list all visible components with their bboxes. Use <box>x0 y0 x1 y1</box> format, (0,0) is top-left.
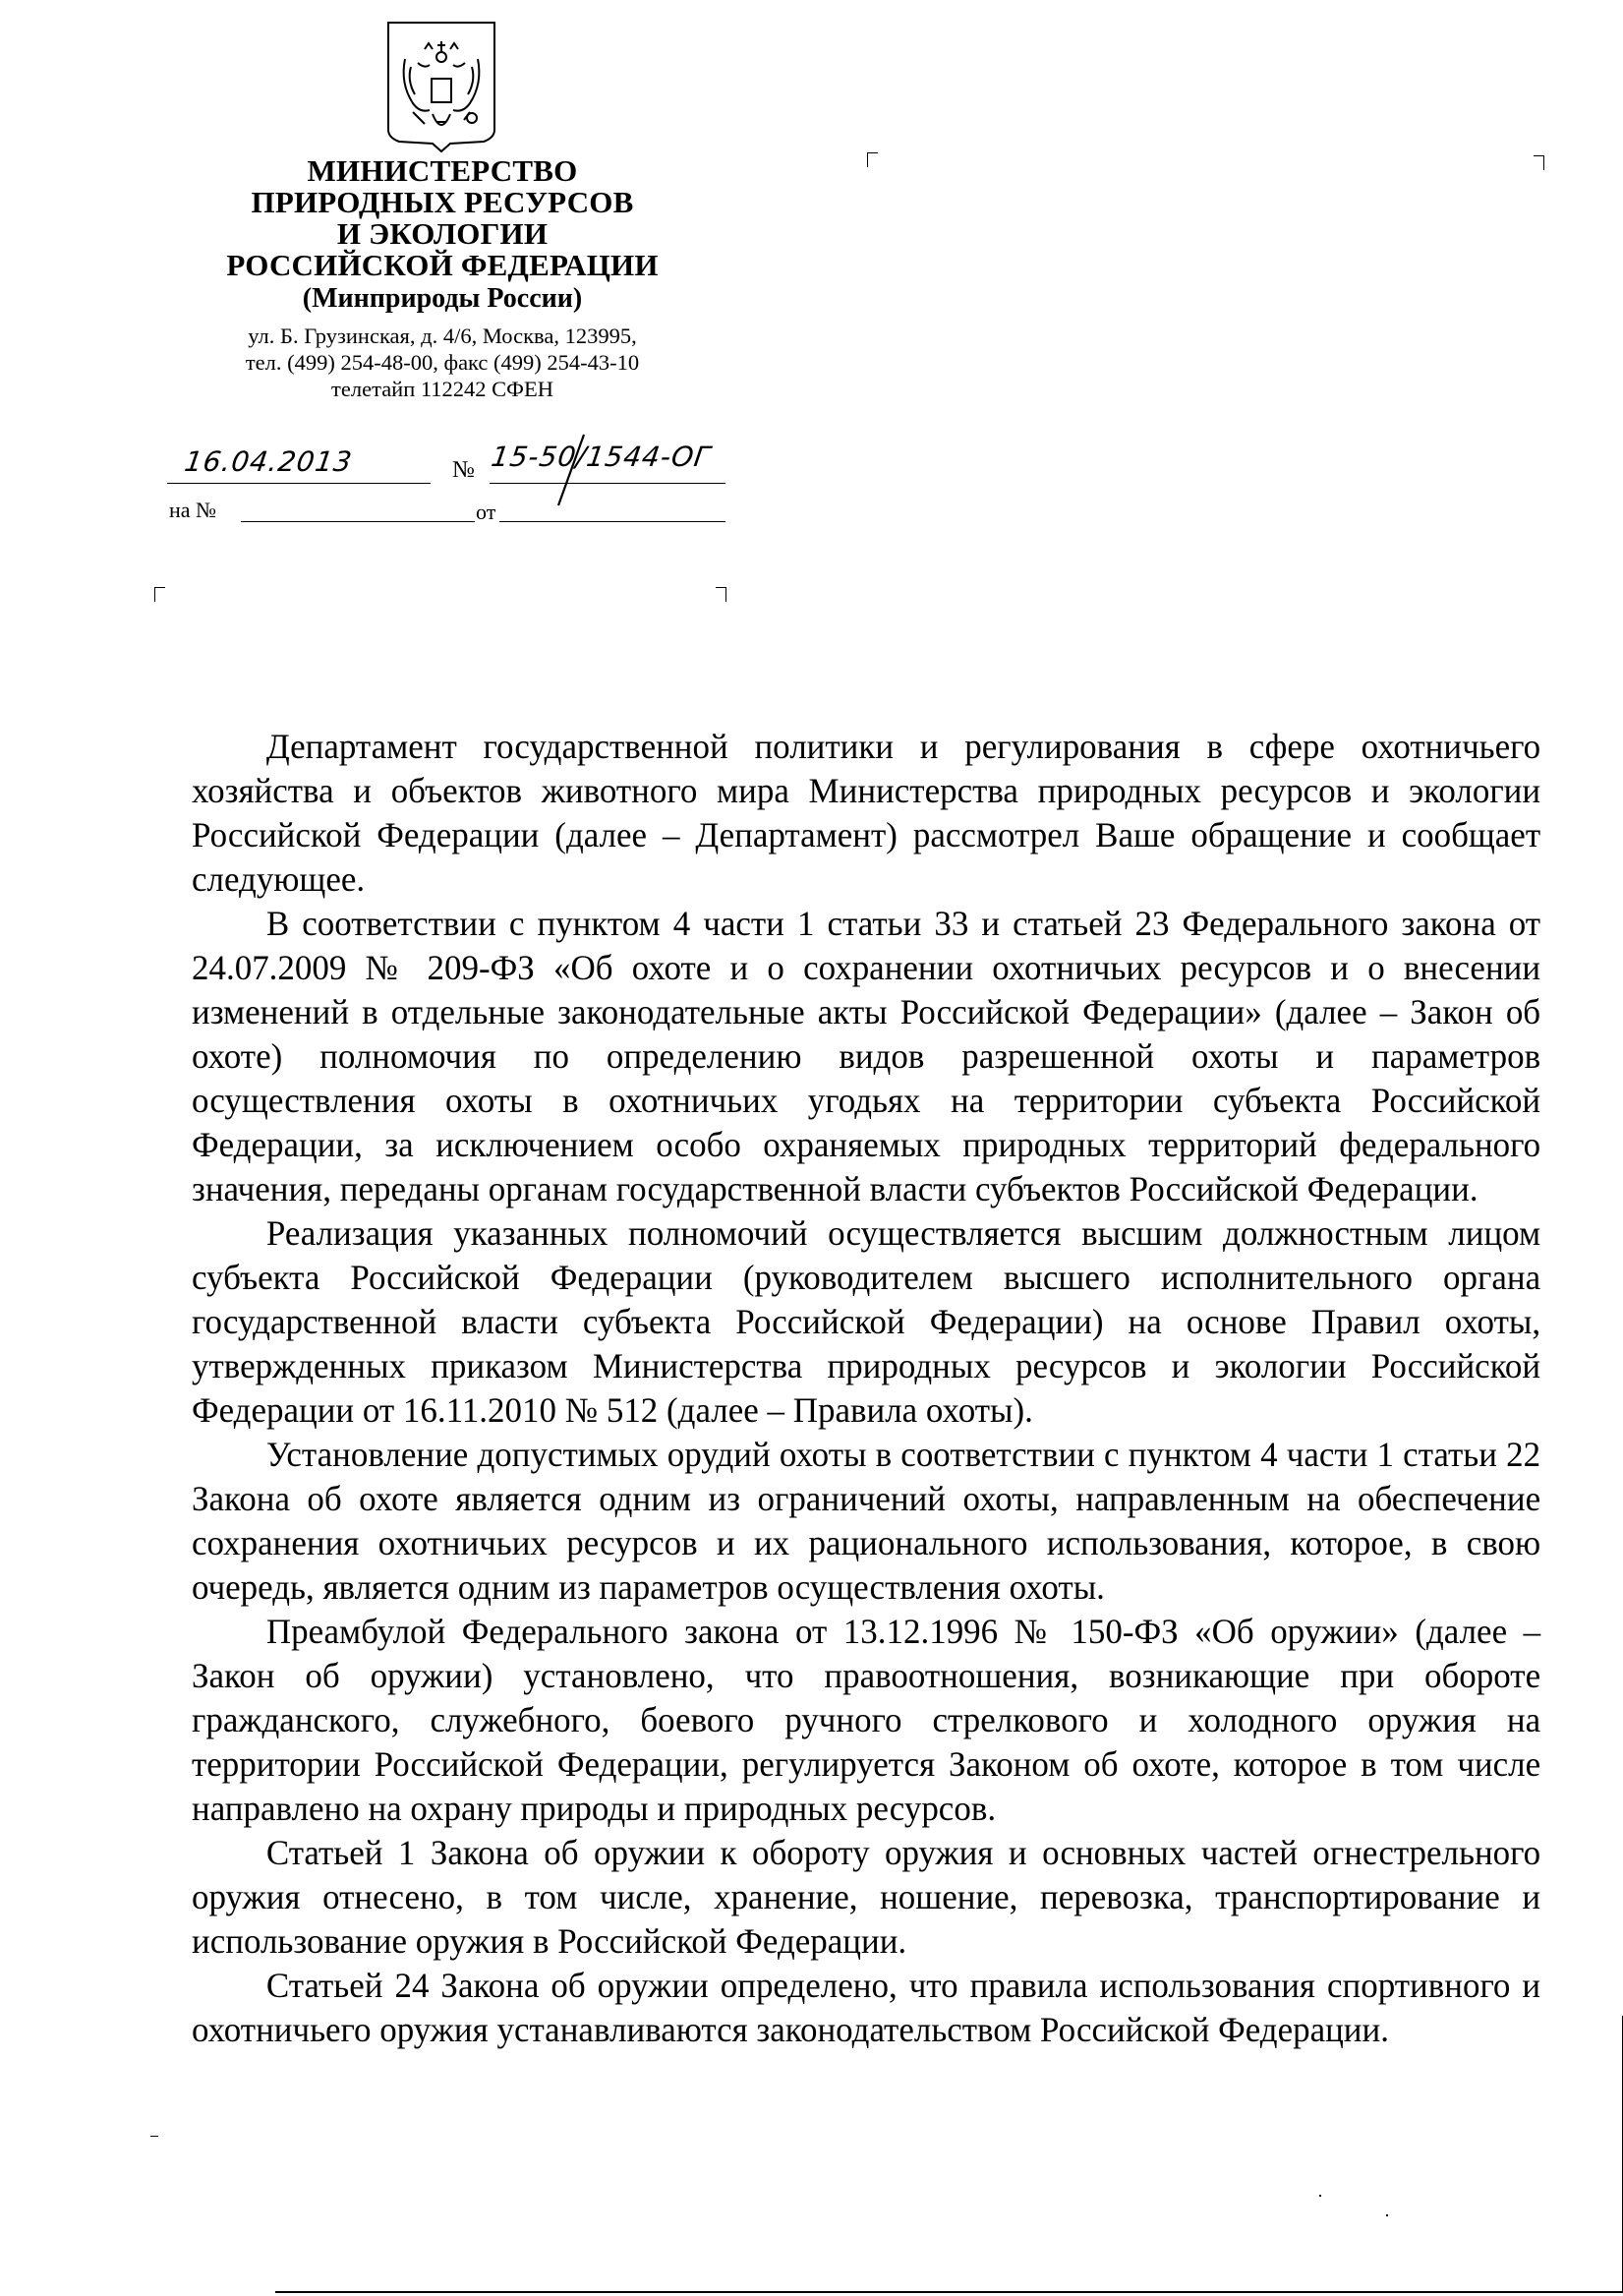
ministry-name-line-2: ПРИРОДНЫХ РЕСУРСОВ <box>157 187 727 218</box>
address-block: ул. Б. Грузинская, д. 4/6, Москва, 12399… <box>157 323 727 402</box>
scan-bottom-edge <box>275 2291 1623 2293</box>
letter-body: Департамент государственной политики и р… <box>192 725 1540 2052</box>
number-underline <box>490 483 725 484</box>
paragraph-6: Статьей 1 Закона об оружии к обороту ору… <box>192 1831 1540 1964</box>
scan-artifact <box>1386 2214 1388 2216</box>
paragraph-4: Установление допустимых орудий охоты в с… <box>192 1433 1540 1610</box>
reference-from-label: от <box>476 500 495 525</box>
ministry-name-line-3: И ЭКОЛОГИИ <box>157 218 727 250</box>
paragraph-7: Статьей 24 Закона об оружии определено, … <box>192 1964 1540 2052</box>
address-line-2: тел. (499) 254-48-00, факс (499) 254-43-… <box>157 349 727 376</box>
date-underline <box>167 483 431 484</box>
reference-number-field <box>241 521 475 522</box>
ministry-short-name: (Минприроды России) <box>157 281 727 317</box>
paragraph-3: Реализация указанных полномочий осуществ… <box>192 1211 1540 1433</box>
coat-of-arms-icon <box>385 20 497 153</box>
scan-artifact <box>1319 2195 1321 2197</box>
paragraph-2: В соответствии с пунктом 4 части 1 стать… <box>192 902 1540 1211</box>
address-line-3: телетайп 112242 СФЕН <box>157 376 727 402</box>
number-label: № <box>452 457 475 484</box>
corner-mark-top-left-recipient <box>867 152 878 167</box>
paragraph-5: Преамбулой Федерального закона от 13.12.… <box>192 1610 1540 1831</box>
handwritten-date: 16.04.2013 <box>183 445 355 478</box>
reference-label: на № <box>169 498 216 523</box>
corner-mark-top-right-recipient <box>1534 155 1544 170</box>
ministry-name-line-1: МИНИСТЕРСТВО <box>157 155 727 187</box>
corner-mark-top-right <box>716 587 726 602</box>
ministry-name-line-4: РОССИЙСКОЙ ФЕДЕРАЦИИ <box>157 250 727 281</box>
scan-artifact <box>150 2136 158 2137</box>
address-line-1: ул. Б. Грузинская, д. 4/6, Москва, 12399… <box>157 323 727 349</box>
reference-date-field <box>499 521 725 522</box>
letterhead: МИНИСТЕРСТВО ПРИРОДНЫХ РЕСУРСОВ И ЭКОЛОГ… <box>157 155 727 402</box>
corner-mark-top-left <box>154 587 165 602</box>
number-slash-stroke <box>551 431 590 509</box>
paragraph-1: Департамент государственной политики и р… <box>192 725 1540 902</box>
handwritten-number: 15-50/1544-ОГ <box>490 441 713 473</box>
